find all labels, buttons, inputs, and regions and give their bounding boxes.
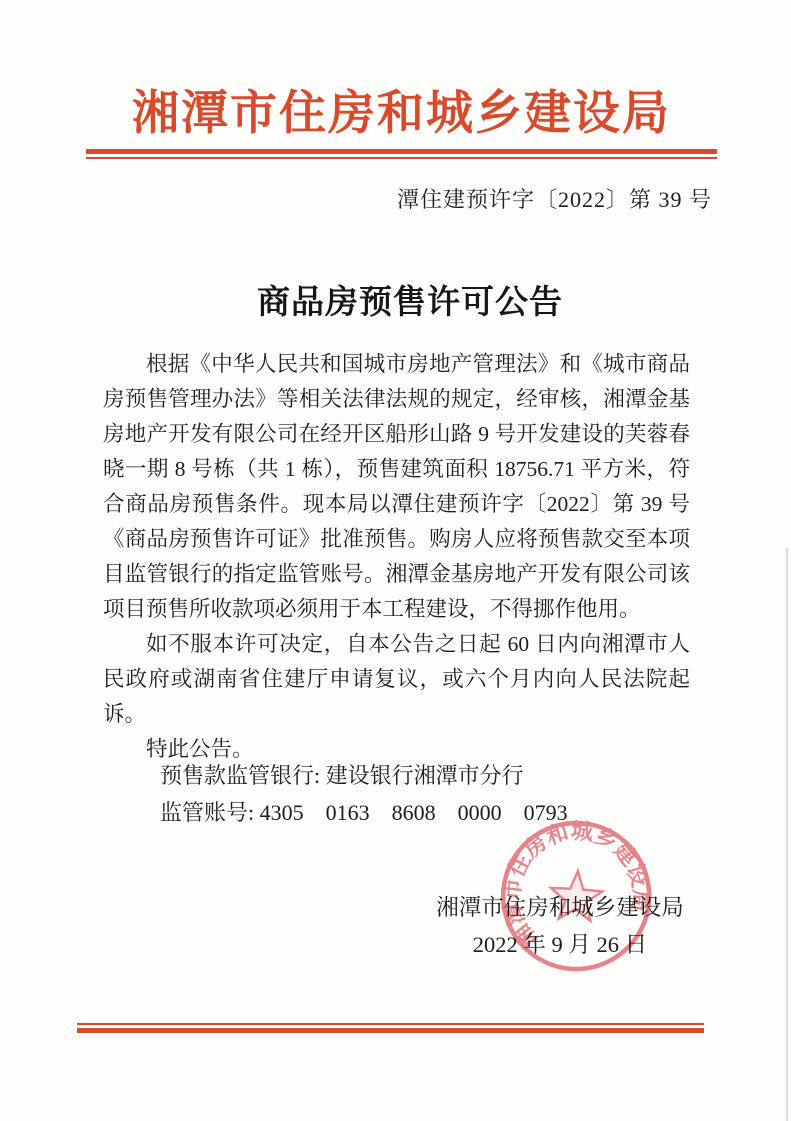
scan-edge-line xyxy=(786,548,788,1121)
body-paragraph: 根据《中华人民共和国城市房地产管理法》和《城市商品房预售管理办法》等相关法律法规… xyxy=(103,347,690,627)
body-paragraph: 如不服本许可决定，自本公告之日起 60 日内向湘潭市人民政府或湖南省住建厅申请复… xyxy=(103,627,690,732)
supervision-bank-info: 预售款监管银行: 建设银行湘潭市分行 监管账号: 4305 0163 8608 … xyxy=(160,757,568,831)
footer-divider xyxy=(77,1023,704,1033)
announcement-body: 根据《中华人民共和国城市房地产管理法》和《城市商品房预售管理办法》等相关法律法规… xyxy=(103,347,690,767)
signature-date: 2022 年 9 月 26 日 xyxy=(420,926,700,963)
supervision-account-line: 监管账号: 4305 0163 8608 0000 0793 xyxy=(160,794,568,831)
header-divider xyxy=(86,149,717,159)
supervision-bank-line: 预售款监管银行: 建设银行湘潭市分行 xyxy=(160,757,568,794)
document-number: 潭住建预许字〔2022〕第 39 号 xyxy=(397,183,712,214)
signature-org: 湘潭市住房和城乡建设局 xyxy=(420,889,700,926)
announcement-title: 商品房预售许可公告 xyxy=(86,276,734,323)
document-page: 湘潭市住房和城乡建设局 潭住建预许字〔2022〕第 39 号 商品房预售许可公告… xyxy=(0,0,791,1121)
agency-header-title: 湘潭市住房和城乡建设局 xyxy=(86,76,717,143)
signature-block: 湘潭市住房和城乡建设局 2022 年 9 月 26 日 xyxy=(420,889,700,963)
